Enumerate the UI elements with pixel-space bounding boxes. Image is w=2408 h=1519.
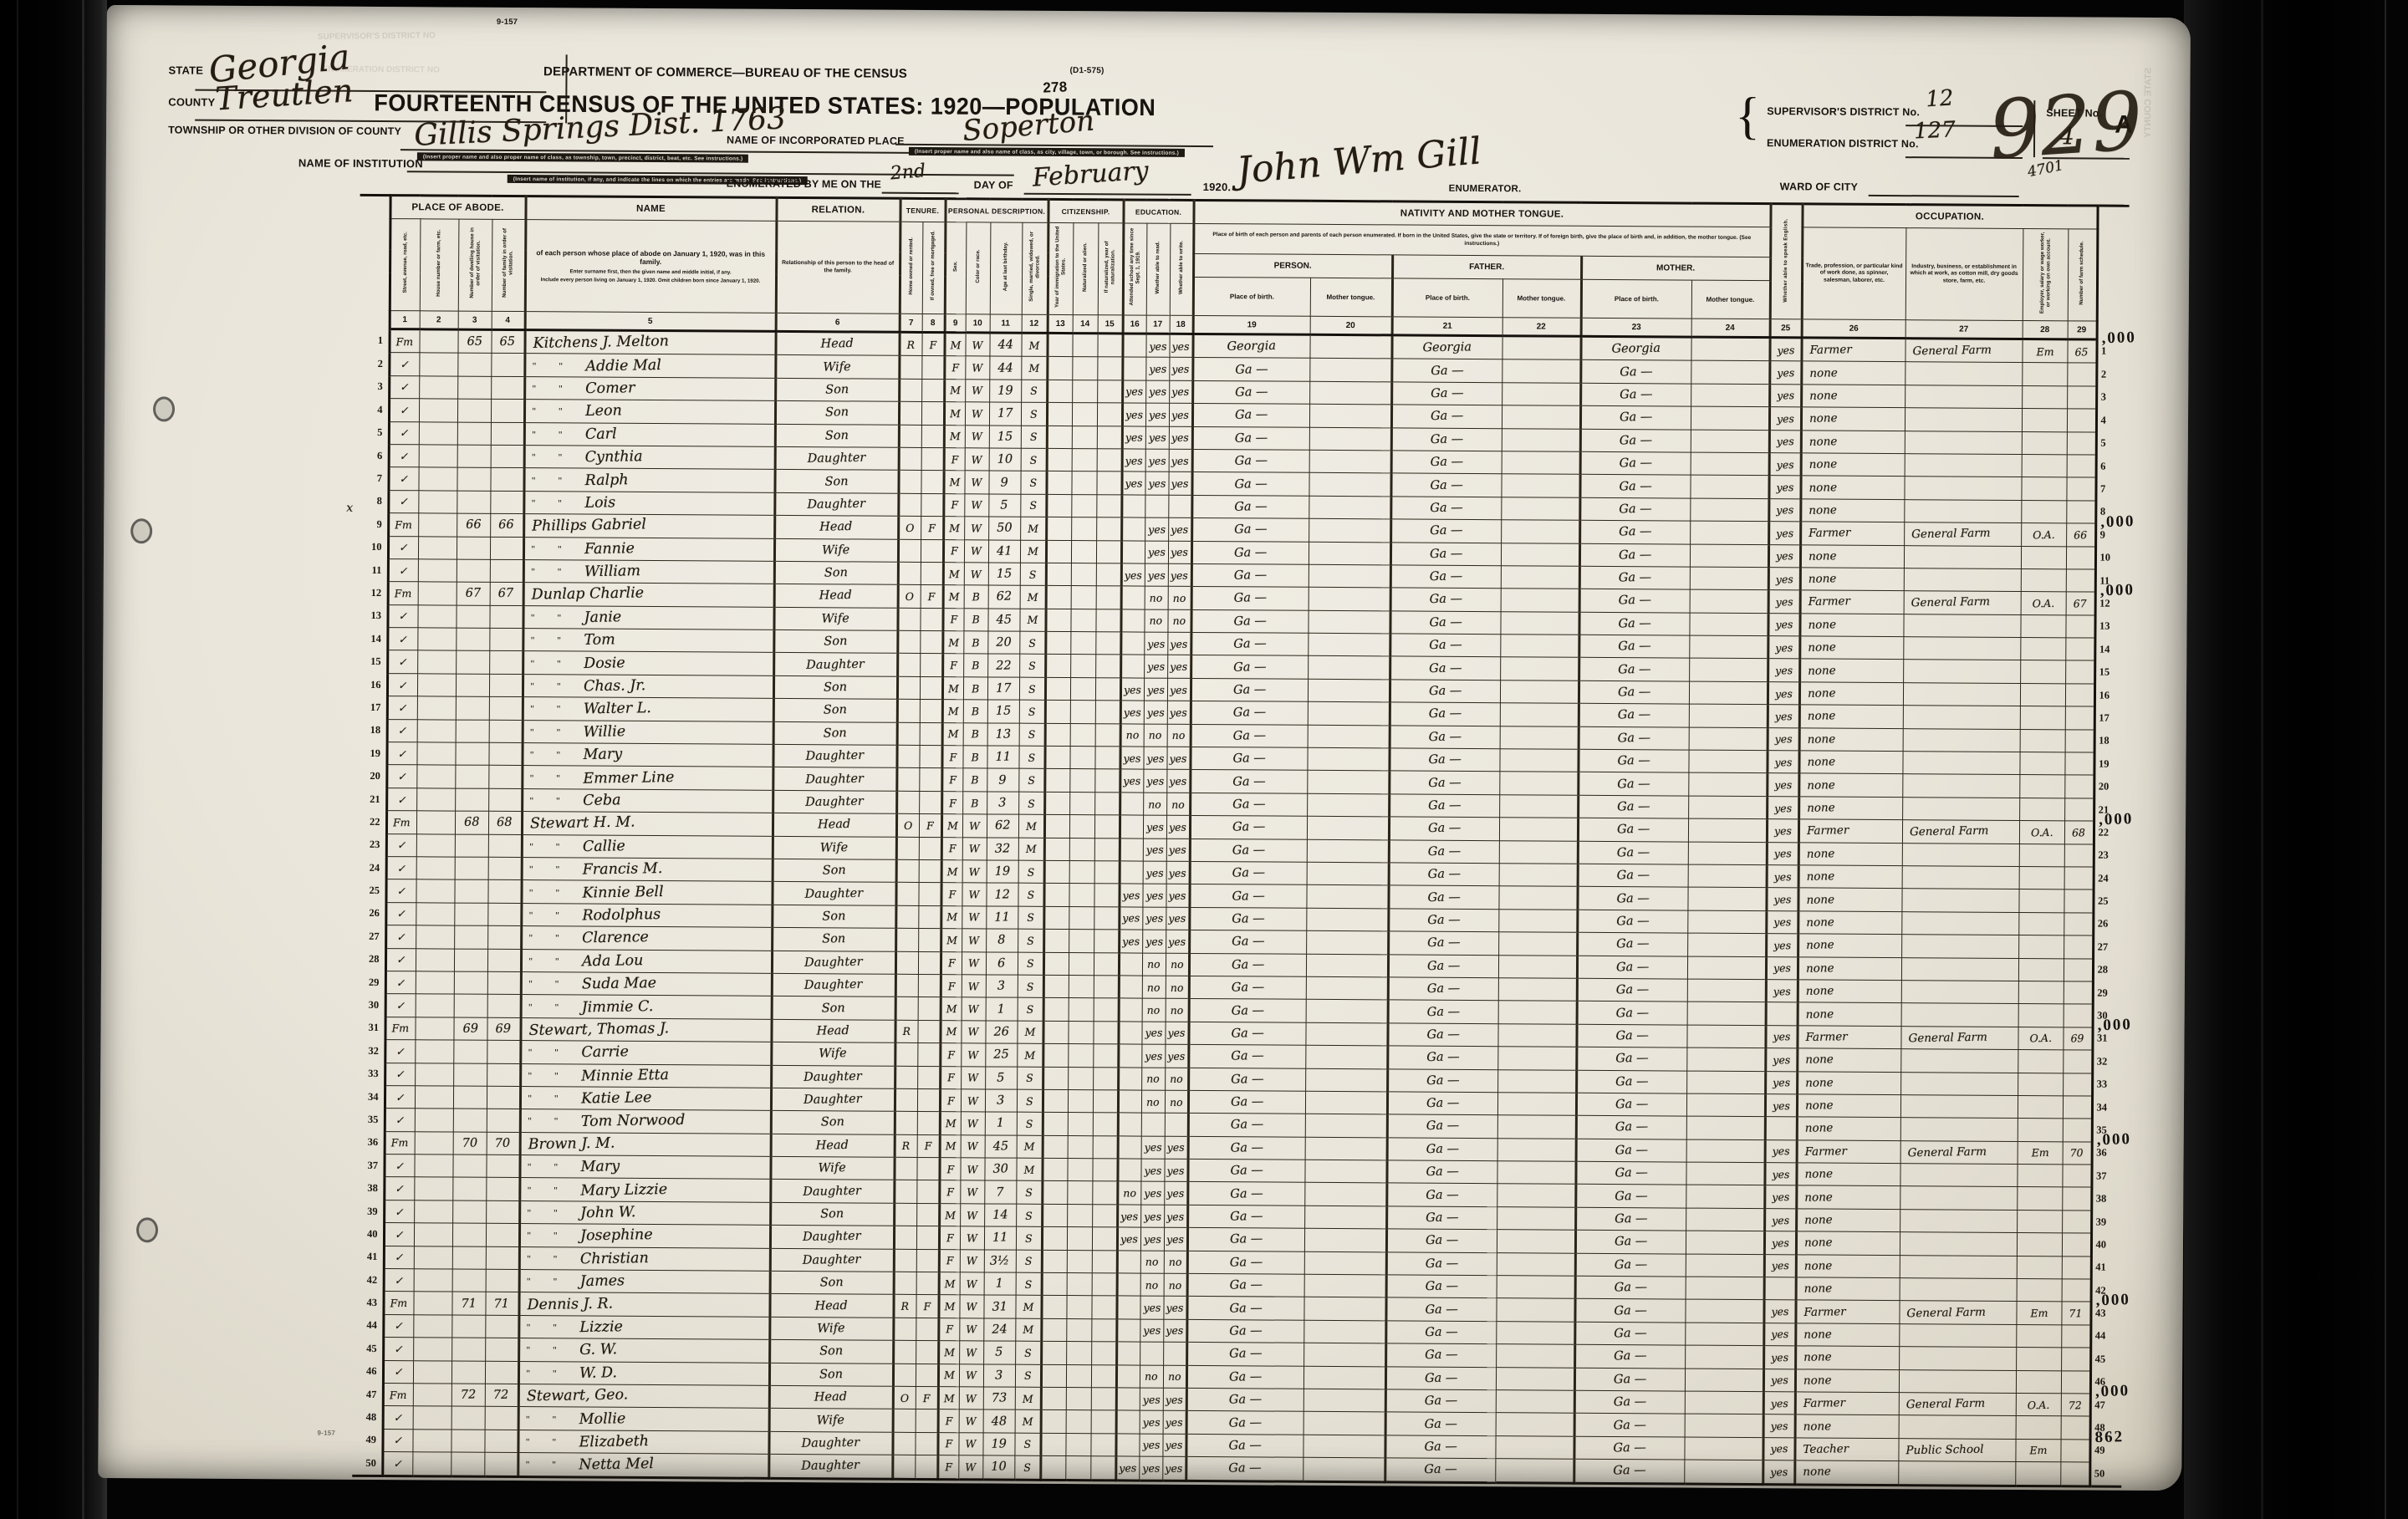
table-cell <box>1688 818 1767 842</box>
table-cell: W <box>959 1341 983 1364</box>
table-cell: yes <box>1164 1205 1187 1228</box>
table-cell <box>457 537 490 560</box>
table-cell <box>1121 495 1145 518</box>
table-cell <box>1116 1364 1140 1388</box>
table-cell: Son <box>772 905 895 928</box>
table-cell <box>1308 633 1390 656</box>
township-label: TOWNSHIP OR OTHER DIVISION OF COUNTY <box>168 124 401 137</box>
table-cell <box>1068 1021 1093 1044</box>
table-cell <box>1688 842 1767 865</box>
table-cell <box>487 925 521 949</box>
table-cell: M <box>939 1272 960 1296</box>
table-cell <box>487 949 521 972</box>
table-cell: yes <box>1163 1319 1186 1343</box>
table-cell: M <box>941 905 962 929</box>
table-cell: yes <box>1145 541 1168 564</box>
table-cell: yes <box>1166 747 1190 770</box>
table-cell: none <box>1801 361 1905 385</box>
line-number-left: 3 <box>359 375 389 399</box>
table-cell <box>2062 1187 2091 1211</box>
table-cell <box>485 1361 518 1384</box>
table-cell <box>1120 793 1143 816</box>
table-cell: 9 <box>988 471 1020 494</box>
table-cell <box>2021 568 2066 592</box>
table-cell: Ga — <box>1574 1299 1685 1323</box>
table-cell: M <box>1019 609 1045 632</box>
line-number-left: 49 <box>352 1429 382 1452</box>
line-number-left: 38 <box>354 1177 384 1200</box>
table-cell: W <box>965 380 989 403</box>
table-cell <box>457 467 490 491</box>
table-cell <box>1047 380 1072 403</box>
table-cell: ✓ <box>384 1246 414 1269</box>
margin-stamp: ,000 <box>2101 329 2136 348</box>
line-number-right: 2 <box>2096 363 2128 386</box>
table-cell <box>1096 472 1121 495</box>
table-cell <box>1093 1067 1118 1090</box>
table-cell: Son <box>770 1271 894 1294</box>
table-cell: O <box>898 516 921 539</box>
table-cell <box>1899 1415 2016 1439</box>
table-cell: W <box>958 1455 982 1480</box>
table-cell <box>1495 1459 1574 1483</box>
table-cell: 67 <box>490 583 523 606</box>
table-cell <box>1115 1434 1139 1457</box>
table-cell <box>1168 495 1191 518</box>
table-cell <box>1903 706 2020 729</box>
table-cell: S <box>1016 1250 1042 1273</box>
table-cell <box>920 654 942 677</box>
table-cell <box>918 883 941 906</box>
table-cell <box>1093 1044 1118 1068</box>
table-cell <box>1308 702 1390 726</box>
table-cell: yes <box>1763 1392 1795 1415</box>
table-cell: S <box>1019 700 1045 723</box>
table-cell: yes <box>1168 541 1191 564</box>
line-number-left: 24 <box>356 856 386 879</box>
table-cell: S <box>1017 1112 1043 1135</box>
table-cell <box>2066 501 2095 524</box>
table-cell: 17 <box>989 402 1021 426</box>
line-number-left: 8 <box>358 490 388 513</box>
table-cell <box>1069 792 1094 815</box>
table-cell <box>1304 1206 1386 1229</box>
table-cell <box>1094 769 1120 793</box>
line-number-right: 1,000 <box>2096 339 2128 364</box>
table-cell <box>1307 862 1389 885</box>
table-cell: Son <box>773 675 897 699</box>
table-cell: " "Mary <box>519 1155 770 1180</box>
table-cell: ✓ <box>386 857 416 880</box>
table-cell: none <box>1798 911 1901 935</box>
table-cell <box>488 834 522 858</box>
table-cell <box>1766 1002 1798 1026</box>
enumerated-year: 1920. <box>1203 181 1232 193</box>
table-cell: 3 <box>983 1364 1015 1388</box>
table-cell <box>1685 1414 1763 1437</box>
table-cell: none <box>1798 934 1901 957</box>
table-cell: O <box>898 585 921 609</box>
table-cell: Ga — <box>1579 635 1689 658</box>
table-cell: yes <box>1766 910 1798 934</box>
table-cell <box>1069 815 1094 839</box>
table-cell: Farmer <box>1801 338 1905 362</box>
table-cell <box>1502 428 1580 451</box>
table-cell <box>1689 659 1768 682</box>
table-cell <box>453 1109 487 1132</box>
table-cell: S <box>1018 906 1043 930</box>
table-cell <box>1309 381 1391 405</box>
table-cell: F <box>939 1158 960 1181</box>
table-cell: " "Rodolphus <box>521 903 772 927</box>
table-cell <box>2021 546 2066 569</box>
table-cell <box>1091 1296 1116 1319</box>
table-cell <box>2020 660 2065 684</box>
table-cell: none <box>1796 1163 1900 1186</box>
table-cell: ✓ <box>384 1200 414 1223</box>
table-cell: F <box>941 975 962 998</box>
table-cell: M <box>943 585 964 609</box>
table-cell <box>1040 1455 1065 1480</box>
table-cell <box>1500 726 1579 749</box>
table-cell <box>1902 866 2019 889</box>
table-cell: ✓ <box>384 1155 414 1178</box>
table-cell <box>1043 998 1069 1022</box>
line-number-left: 48 <box>353 1406 383 1430</box>
table-cell: yes <box>1145 380 1169 404</box>
table-cell: B <box>963 631 987 655</box>
table-cell <box>894 1226 916 1250</box>
table-cell: ✓ <box>384 1223 414 1246</box>
column-desc: Sex. <box>945 222 967 314</box>
table-cell: Ga — <box>1387 1114 1497 1138</box>
table-cell: Ga — <box>1186 1319 1303 1343</box>
table-cell <box>490 468 523 492</box>
table-cell: 68 <box>2064 821 2094 844</box>
table-cell: " "Leon <box>524 400 775 424</box>
census-table-wrap: PLACE OF ABODE.NAMERELATION.TENURE.PERSO… <box>352 194 2129 1487</box>
line-number-right: 5 <box>2096 432 2128 456</box>
table-cell <box>1046 517 1071 540</box>
table-cell: W <box>961 1066 985 1089</box>
table-cell <box>1308 679 1390 702</box>
table-cell <box>1046 494 1071 517</box>
enumerated-day: 2nd <box>890 161 926 184</box>
table-cell <box>1498 978 1577 1002</box>
table-cell: B <box>962 746 987 769</box>
table-cell <box>457 445 491 468</box>
table-cell: O.A. <box>2016 1393 2061 1416</box>
line-number-right: 3 <box>2096 386 2128 410</box>
table-cell <box>1499 772 1578 795</box>
table-cell <box>1045 677 1070 701</box>
column-desc: House number or farm, etc. <box>420 219 459 311</box>
table-cell: ✓ <box>387 604 417 628</box>
table-cell: Ga — <box>1385 1412 1496 1435</box>
table-cell: 48 <box>983 1409 1015 1433</box>
table-cell <box>1091 1364 1116 1388</box>
table-cell: M <box>1015 1410 1041 1434</box>
table-cell <box>1165 1114 1188 1137</box>
table-cell: F <box>937 1455 958 1480</box>
table-cell: Ga — <box>1578 864 1688 887</box>
table-cell <box>1306 954 1388 977</box>
table-cell: yes <box>1120 701 1144 724</box>
column-number: 15 <box>1098 315 1123 334</box>
table-cell: W <box>965 333 989 357</box>
table-cell <box>2020 614 2065 638</box>
table-cell: W <box>964 563 988 586</box>
table-cell: " "W. D. <box>518 1361 769 1385</box>
table-cell <box>1686 1277 1764 1300</box>
table-cell: M <box>944 402 965 426</box>
table-cell <box>1500 680 1579 704</box>
table-cell <box>1690 589 1768 613</box>
table-cell: no <box>1144 609 1167 633</box>
table-cell <box>1495 1435 1574 1459</box>
table-cell <box>1904 545 2021 568</box>
table-cell: Ga — <box>1189 884 1306 908</box>
table-cell <box>1899 1323 2016 1347</box>
table-cell <box>1066 1388 1091 1411</box>
table-cell <box>1686 1093 1765 1117</box>
table-cell <box>1303 1389 1385 1412</box>
table-cell <box>2062 1211 2091 1234</box>
line-number-right: 20 <box>2094 775 2125 798</box>
table-cell <box>1097 449 1122 472</box>
table-cell <box>2063 1119 2092 1142</box>
table-cell: S <box>1019 723 1045 747</box>
table-cell: W <box>961 1043 985 1067</box>
table-cell <box>413 1406 451 1430</box>
line-number-left: 37 <box>354 1154 384 1177</box>
table-cell: none <box>1799 728 1903 752</box>
table-cell <box>1047 403 1072 426</box>
table-cell: S <box>1015 1341 1041 1364</box>
table-cell: " "James <box>519 1270 770 1294</box>
table-cell <box>1496 1344 1574 1368</box>
table-cell: 62 <box>987 814 1018 838</box>
table-cell <box>899 401 921 425</box>
margin-col-right <box>2097 206 2130 339</box>
table-cell: 9 <box>987 768 1018 792</box>
table-cell: M <box>940 1134 961 1158</box>
table-cell <box>1309 588 1390 611</box>
table-cell: yes <box>1767 751 1798 774</box>
table-cell <box>1096 586 1121 609</box>
table-cell <box>1902 843 2019 866</box>
table-cell <box>895 1042 917 1066</box>
table-cell: yes <box>1119 930 1142 953</box>
table-cell <box>1042 1158 1067 1181</box>
table-cell <box>490 559 523 583</box>
table-cell: Ga — <box>1388 909 1498 932</box>
column-number: 8 <box>922 313 945 332</box>
table-cell <box>921 402 944 426</box>
table-cell <box>1309 359 1391 382</box>
line-number-left: 10 <box>358 536 388 559</box>
line-number-left: 29 <box>355 971 385 994</box>
supervisor-district-label: SUPERVISOR'S DISTRICT No. <box>1767 105 1920 118</box>
dept-line: DEPARTMENT OF COMMERCE—BUREAU OF THE CEN… <box>487 64 963 81</box>
table-cell <box>1502 405 1580 429</box>
line-number-right: 34 <box>2092 1096 2124 1119</box>
table-cell <box>1905 362 2022 385</box>
table-cell <box>1094 930 1119 953</box>
table-cell <box>2018 912 2064 935</box>
table-cell <box>915 1432 937 1455</box>
table-cell: yes <box>1140 1159 1164 1182</box>
line-number-right: 49862 <box>2089 1440 2121 1463</box>
table-cell: yes <box>1768 682 1799 706</box>
table-cell <box>1303 1320 1385 1343</box>
column-number: 22 <box>1502 318 1581 337</box>
table-cell <box>1498 932 1577 956</box>
table-cell <box>2065 615 2094 639</box>
table-cell: " "Willie <box>523 720 773 744</box>
table-cell: W <box>962 929 986 952</box>
table-cell <box>416 788 455 812</box>
table-cell: 11 <box>986 906 1018 930</box>
table-cell <box>1092 1250 1117 1273</box>
table-cell: Ga — <box>1391 427 1502 451</box>
table-cell: yes <box>1144 678 1167 701</box>
table-cell <box>1303 1412 1385 1435</box>
table-cell <box>1903 637 2020 660</box>
table-cell: yes <box>1163 1388 1186 1411</box>
table-cell <box>1690 521 1768 544</box>
table-cell: Georgia <box>1192 334 1309 358</box>
table-cell: yes <box>1763 1369 1795 1392</box>
table-cell: Farmer <box>1800 522 1904 545</box>
table-cell <box>1043 1043 1068 1067</box>
day-rule <box>882 192 959 195</box>
table-cell: Son <box>769 1340 893 1364</box>
table-cell: M <box>1021 333 1047 357</box>
table-cell: ✓ <box>388 490 418 513</box>
table-cell <box>415 1040 453 1063</box>
table-cell: yes <box>1766 934 1798 957</box>
table-cell <box>415 1109 453 1132</box>
table-cell: 11 <box>984 1226 1016 1250</box>
table-cell <box>489 628 523 651</box>
table-cell: yes <box>1145 472 1168 495</box>
table-cell <box>919 768 941 792</box>
column-desc: Attended school any time since Sept. 1, … <box>1123 223 1147 315</box>
table-cell: Ga — <box>1575 1276 1686 1299</box>
table-cell: M <box>941 860 962 884</box>
table-cell: yes <box>1169 449 1192 472</box>
table-cell: S <box>1019 655 1045 678</box>
table-cell <box>1066 1364 1091 1388</box>
table-cell: yes <box>1769 384 1801 407</box>
table-cell: O.A. <box>2019 821 2064 844</box>
table-cell <box>1903 682 2020 706</box>
hole-punch <box>130 518 152 543</box>
table-cell <box>1122 334 1145 358</box>
enumerator-signature: John Wm Gill <box>1235 130 1482 192</box>
line-number-left: 16 <box>357 673 387 696</box>
table-cell <box>899 356 921 380</box>
table-cell: yes <box>1763 1437 1794 1460</box>
table-cell: ✓ <box>389 399 419 422</box>
table-cell: O <box>893 1386 916 1409</box>
table-cell <box>2022 431 2067 455</box>
table-cell: General Farm <box>1904 591 2021 614</box>
table-cell: ✓ <box>385 1063 415 1086</box>
table-cell: M <box>938 1364 959 1387</box>
table-cell: W <box>962 837 987 860</box>
line-number-left: 26 <box>355 902 385 925</box>
table-cell <box>2018 1004 2064 1027</box>
column-number: 17 <box>1146 315 1170 334</box>
table-cell: Ga — <box>1191 472 1309 496</box>
table-cell: yes <box>1168 472 1191 496</box>
table-cell <box>2064 775 2094 798</box>
table-cell <box>1501 520 1579 543</box>
film-strip-right <box>2184 0 2408 1519</box>
table-cell <box>2064 844 2094 867</box>
table-cell: no <box>1166 953 1189 976</box>
table-cell <box>1043 952 1069 976</box>
table-cell <box>1045 701 1070 724</box>
table-cell: Ga — <box>1187 1205 1304 1228</box>
table-cell <box>1071 540 1096 563</box>
table-cell <box>1309 404 1391 427</box>
table-cell: 11 <box>987 746 1018 769</box>
table-cell <box>916 1180 939 1204</box>
table-cell: ✓ <box>389 353 419 376</box>
table-cell: 13 <box>987 723 1019 747</box>
table-cell: yes <box>1140 1319 1163 1343</box>
table-cell <box>1496 1390 1574 1414</box>
table-cell: 65 <box>2067 339 2096 364</box>
table-cell <box>1117 1251 1140 1274</box>
table-cell: 20 <box>987 631 1019 655</box>
table-cell: Ga — <box>1574 1459 1684 1483</box>
table-cell <box>489 720 523 743</box>
table-cell <box>419 421 457 445</box>
table-cell: yes <box>1764 1185 1796 1209</box>
group-header: NAME <box>525 196 776 222</box>
table-cell <box>921 425 944 448</box>
table-cell <box>2022 385 2067 409</box>
table-cell: F <box>941 746 962 769</box>
table-cell <box>919 791 941 814</box>
table-cell <box>1497 1138 1576 1161</box>
table-cell <box>1069 861 1094 884</box>
form-code: 9-157 <box>497 18 518 27</box>
column-desc: Naturalized or alien. <box>1073 223 1099 315</box>
table-cell <box>486 1200 519 1224</box>
table-cell: " "Chas. Jr. <box>523 674 773 698</box>
table-cell: Farmer <box>1797 1026 1900 1049</box>
table-cell: Daughter <box>773 653 897 676</box>
table-cell: W <box>962 814 987 838</box>
table-cell <box>1903 614 2020 637</box>
table-cell: Ga — <box>1580 451 1691 475</box>
table-cell: Son <box>772 928 895 951</box>
table-cell: Wife <box>773 836 896 859</box>
table-cell: 68 <box>488 812 522 835</box>
line-number-right: 28 <box>2093 959 2125 982</box>
table-cell: W <box>960 1226 984 1250</box>
table-cell <box>1094 747 1120 770</box>
line-number-left: 28 <box>355 948 385 971</box>
column-number: 21 <box>1392 317 1502 336</box>
table-cell: 19 <box>989 380 1021 403</box>
table-cell <box>1900 1164 2017 1187</box>
